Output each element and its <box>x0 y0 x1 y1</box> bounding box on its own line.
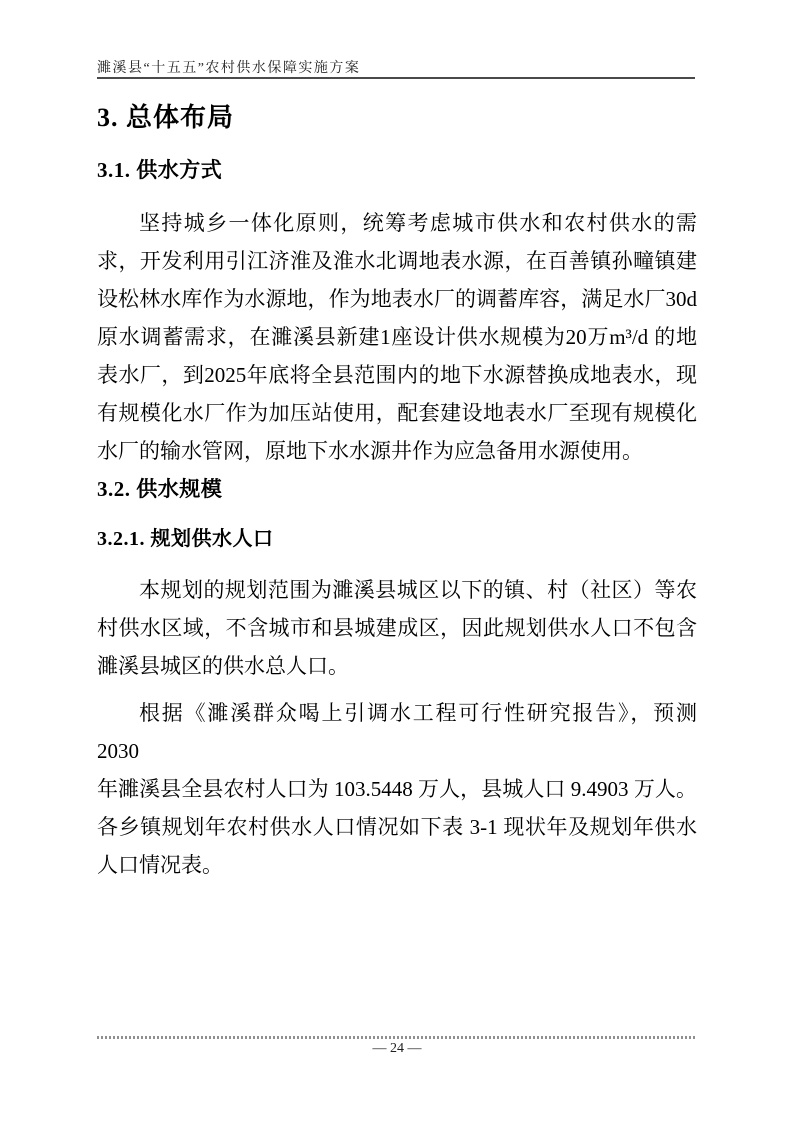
text-line: 本规划的规划范围为濉溪县城区以下的镇、村（社区）等农 <box>97 571 697 609</box>
text-line: 设松林水库作为水源地，作为地表水厂的调蓄库容，满足水厂30d <box>97 280 697 318</box>
text-line: 濉溪县城区的供水总人口。 <box>97 647 697 685</box>
text-line: 村供水区域，不含城市和县城建成区，因此规划供水人口不包含 <box>97 609 697 647</box>
running-header: 濉溪县“十五五”农村供水保障实施方案 <box>97 57 697 77</box>
text-line: 各乡镇规划年农村供水人口情况如下表 3-1 现状年及规划年供水 <box>97 808 697 846</box>
text-line: 根据《濉溪群众喝上引调水工程可行性研究报告》，预测 2030 <box>97 694 697 770</box>
section-heading-3-2: 3.2. 供水规模 <box>97 476 697 503</box>
header-rule <box>97 77 695 79</box>
text-line: 求，开发利用引江济淮及淮水北调地表水源，在百善镇孙疃镇建 <box>97 242 697 280</box>
text-line: 人口情况表。 <box>97 846 697 884</box>
paragraph-planning-scope: 本规划的规划范围为濉溪县城区以下的镇、村（社区）等农村供水区域，不含城市和县城建… <box>97 571 697 685</box>
section-heading-3-2-1: 3.2.1. 规划供水人口 <box>97 526 697 552</box>
text-line: 水厂的输水管网，原地下水水源井作为应急备用水源使用。 <box>97 432 697 470</box>
section-heading-3-1: 3.1. 供水方式 <box>97 157 697 184</box>
text-line: 表水厂，到2025年底将全县范围内的地下水源替换成地表水，现 <box>97 356 697 394</box>
paragraph-population-forecast: 根据《濉溪群众喝上引调水工程可行性研究报告》，预测 2030年濉溪县全县农村人口… <box>97 694 697 884</box>
paragraph-water-supply-mode: 坚持城乡一体化原则，统筹考虑城市供水和农村供水的需求，开发利用引江济淮及淮水北调… <box>97 204 697 470</box>
text-line: 坚持城乡一体化原则，统筹考虑城市供水和农村供水的需 <box>97 204 697 242</box>
text-line: 有规模化水厂作为加压站使用，配套建设地表水厂至现有规模化 <box>97 394 697 432</box>
text-line: 原水调蓄需求，在濉溪县新建1座设计供水规模为20万m³/d 的地 <box>97 318 697 356</box>
footer-rule <box>97 1036 695 1039</box>
document-page: 濉溪县“十五五”农村供水保障实施方案 3. 总体布局 3.1. 供水方式 坚持城… <box>0 0 793 1122</box>
text-line: 年濉溪县全县农村人口为 103.5448 万人，县城人口 9.4903 万人。 <box>97 770 697 808</box>
page-number: — 24 — <box>97 1041 697 1057</box>
chapter-heading: 3. 总体布局 <box>97 102 697 134</box>
running-header-title: 濉溪县“十五五”农村供水保障实施方案 <box>97 61 360 76</box>
